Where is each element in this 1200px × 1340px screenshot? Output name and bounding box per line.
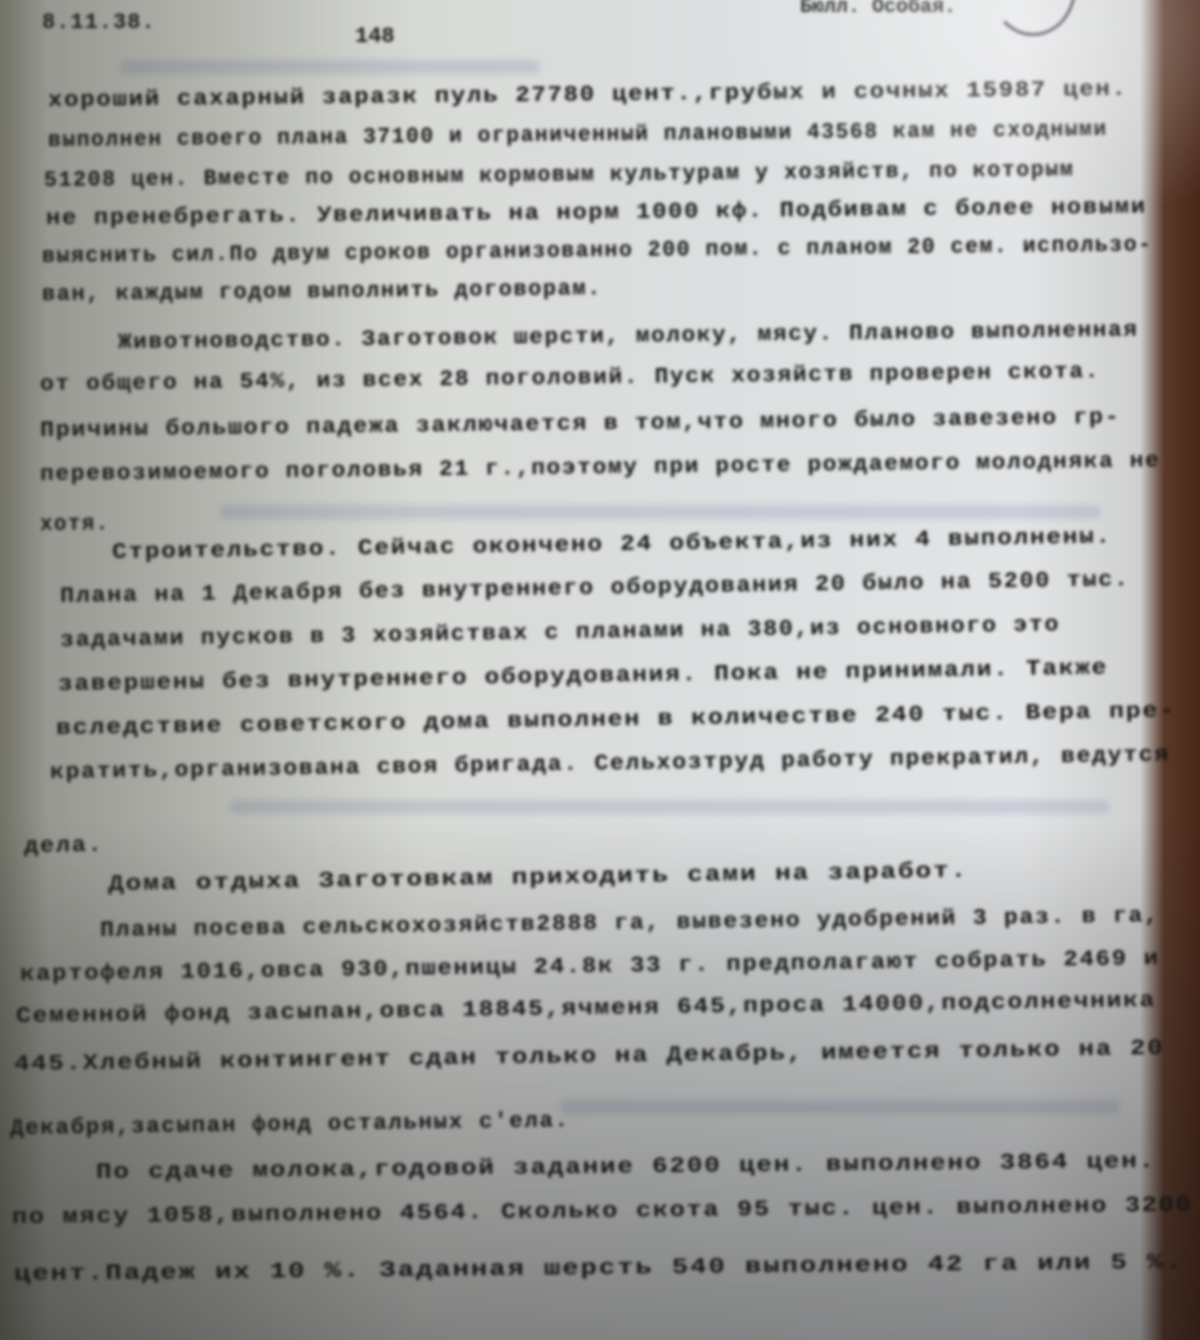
photo-shadow	[0, 820, 1200, 1340]
paper-fold-highlight	[640, 0, 1200, 260]
